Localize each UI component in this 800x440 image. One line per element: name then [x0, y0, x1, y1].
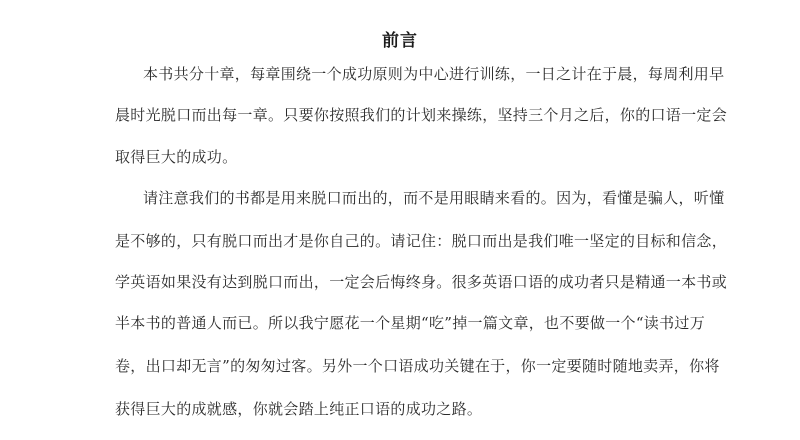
paragraph-line: 取得巨大的成功。 [115, 147, 685, 167]
page-title: 前言 [0, 26, 800, 51]
paragraph-line: 晨时光脱口而出每一章。只要你按照我们的计划来操练，坚持三个月之后，你的口语一定会 [115, 105, 685, 125]
paragraph-line: 半本书的普通人而已。所以我宁愿花一个星期“吃”掉一篇文章，也不要做一个“读书过万 [115, 313, 685, 333]
paragraph-line: 本书共分十章，每章围绕一个成功原则为中心进行训练，一日之计在于晨，每周利用早 [143, 64, 713, 84]
paragraph-line: 学英语如果没有达到脱口而出，一定会后悔终身。很多英语口语的成功者只是精通一本书或 [115, 272, 685, 292]
paragraph-line: 卷，出口却无言”的匆匆过客。另外一个口语成功关键在于，你一定要随时随地卖弄，你将 [115, 356, 685, 376]
document-page: 前言 本书共分十章，每章围绕一个成功原则为中心进行训练，一日之计在于晨，每周利用… [0, 0, 800, 440]
paragraph-line: 请注意我们的书都是用来脱口而出的，而不是用眼睛来看的。因为，看懂是骗人，听懂 [143, 188, 713, 208]
paragraph-line: 是不够的，只有脱口而出才是你自己的。请记住：脱口而出是我们唯一坚定的目标和信念， [115, 231, 685, 251]
paragraph-line: 获得巨大的成就感，你就会踏上纯正口语的成功之路。 [115, 399, 685, 419]
